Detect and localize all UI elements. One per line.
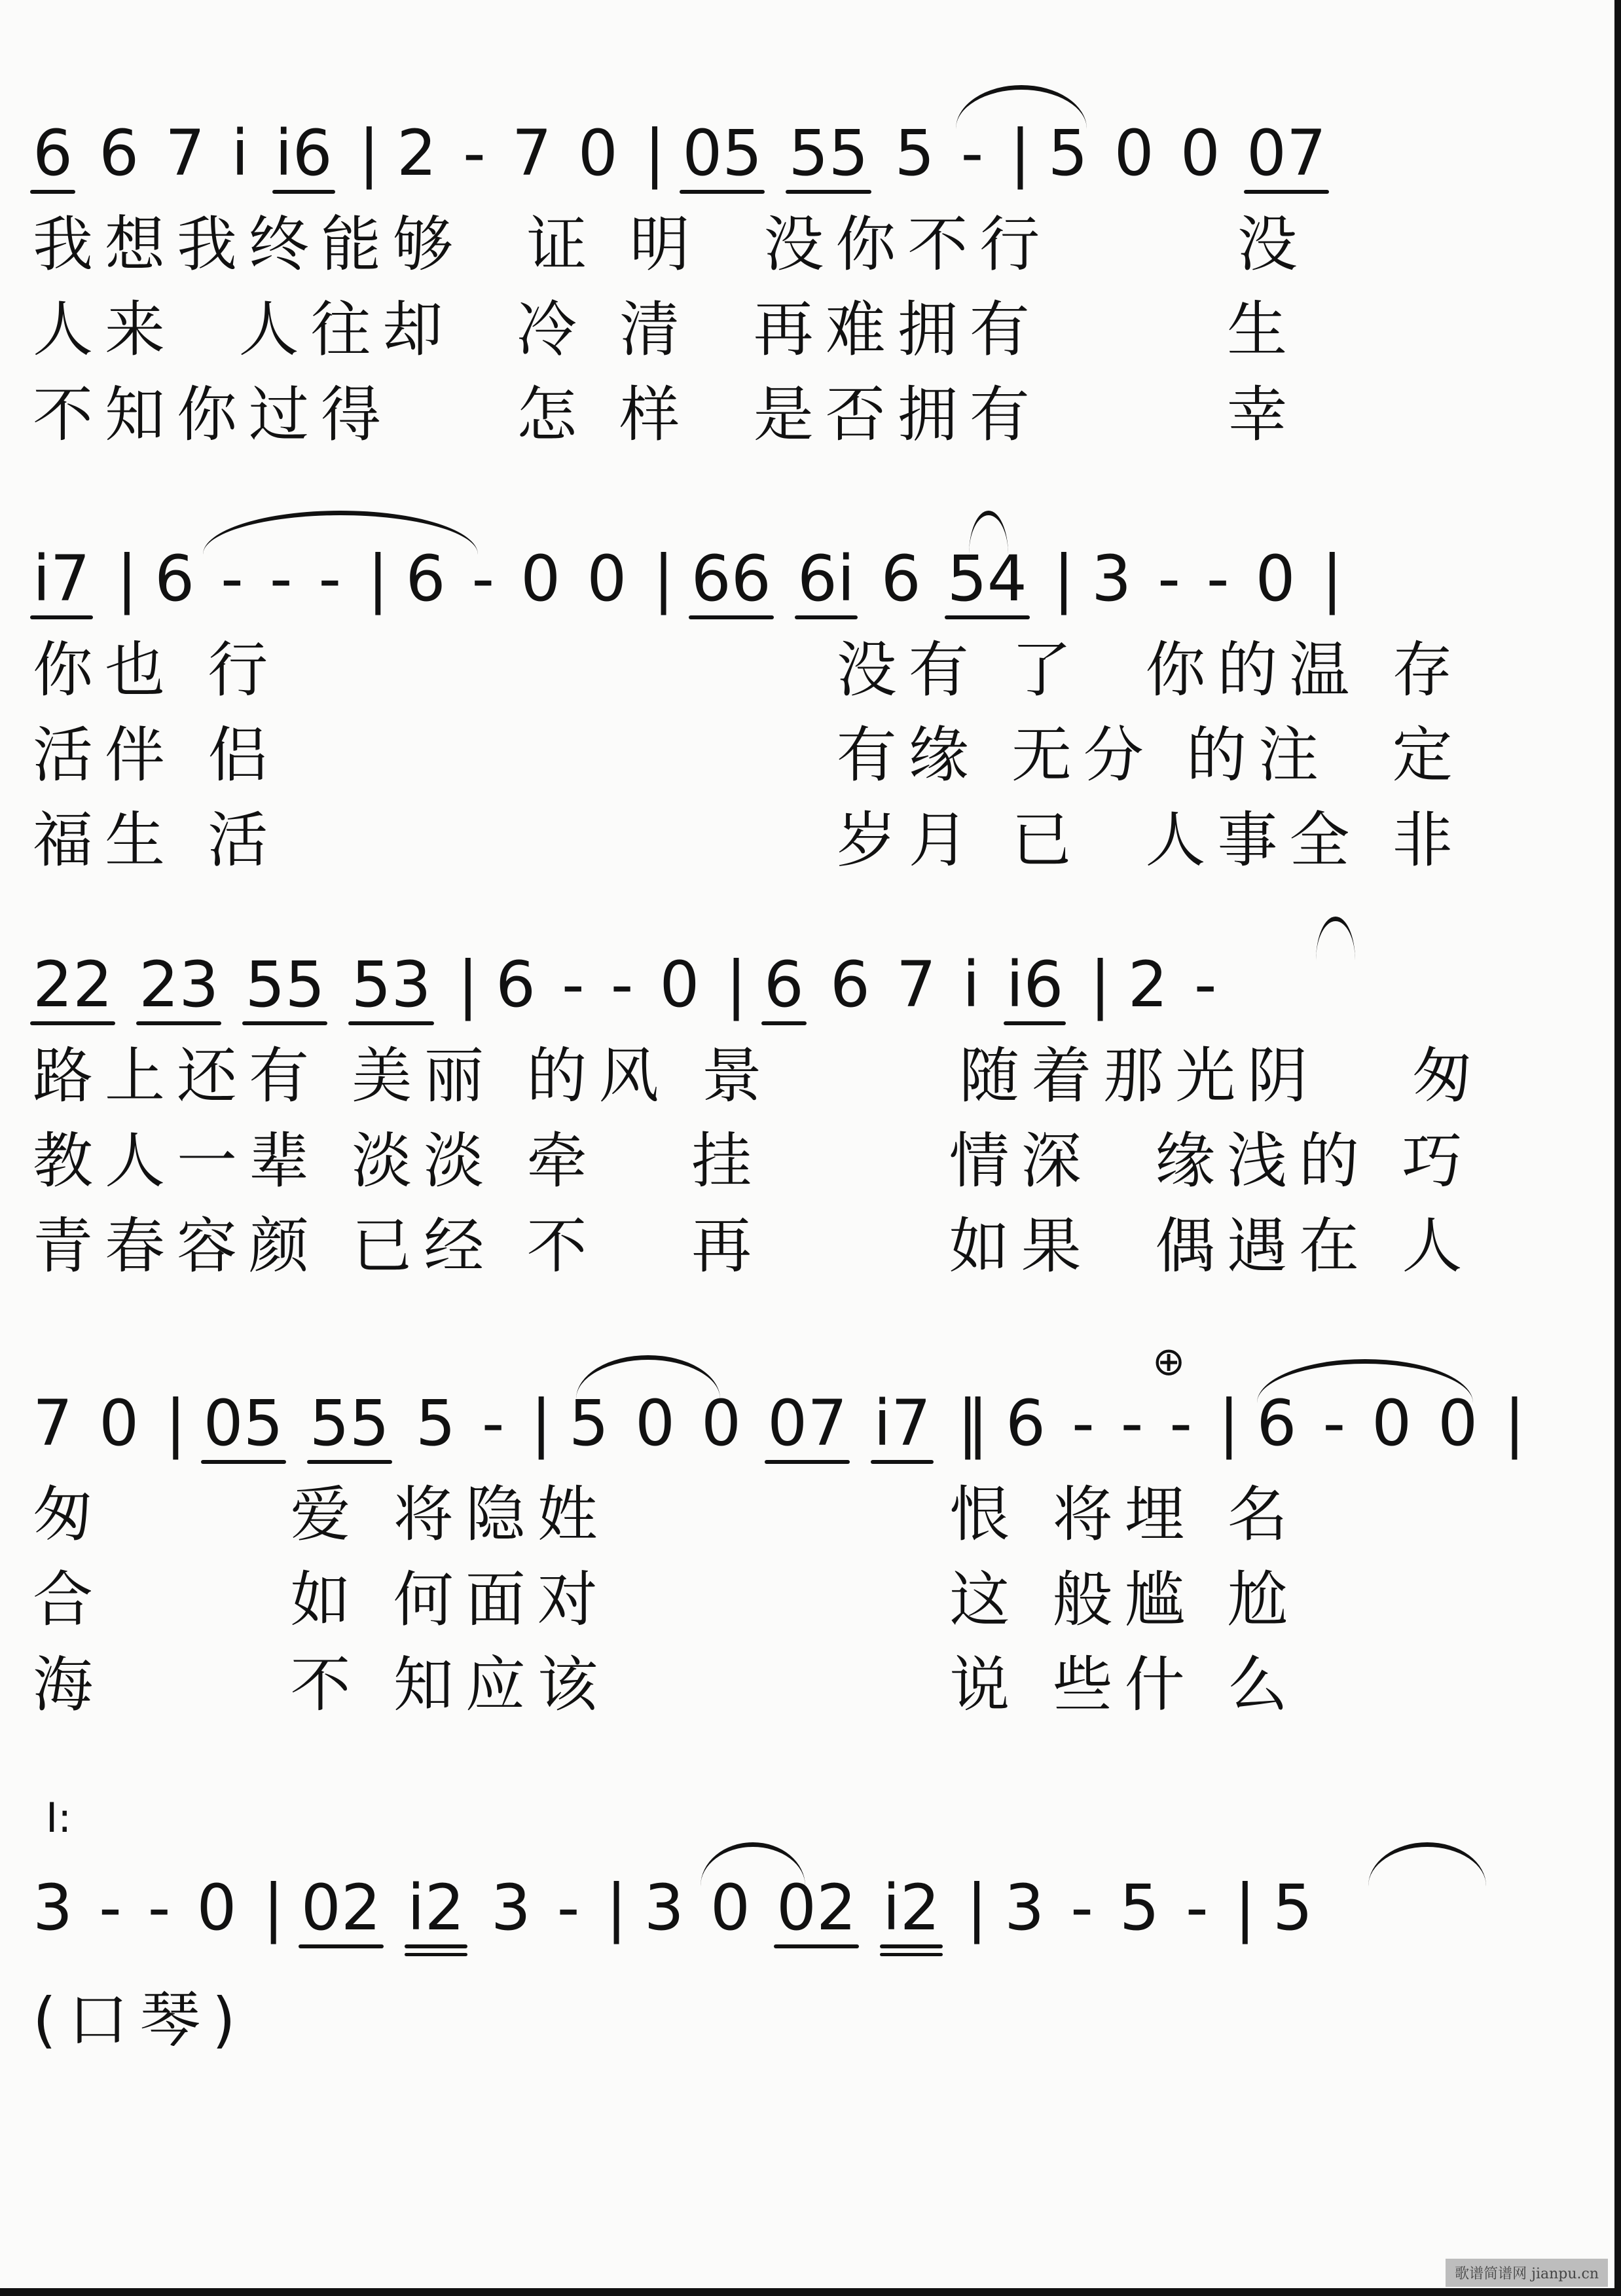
note: 2 bbox=[1128, 953, 1168, 1028]
barline: | bbox=[725, 953, 746, 1028]
dash: - bbox=[463, 122, 486, 196]
note-group: 05 bbox=[682, 122, 762, 196]
note-group: 07 bbox=[1247, 122, 1326, 196]
system-4: ⊕ 7 0 | 05 55 5 - | 5 0 0 07 i7 ‖ 6 - - … bbox=[33, 1362, 1584, 1740]
rest: 0 bbox=[1256, 547, 1296, 622]
note: 6 bbox=[881, 547, 921, 622]
note-group: 02 bbox=[776, 1876, 856, 1951]
rest: 0 bbox=[659, 953, 699, 1028]
note: i bbox=[962, 953, 980, 1028]
note: 6 bbox=[764, 953, 804, 1028]
note-group: 22 bbox=[33, 953, 113, 1028]
note-group: 66 bbox=[691, 547, 771, 622]
note: 7 bbox=[512, 122, 552, 196]
note: 5 bbox=[1273, 1876, 1313, 1951]
barline: | bbox=[1089, 953, 1110, 1028]
note: 5 bbox=[1048, 122, 1088, 196]
system-5-interlude: I: 3 - - 0 | 02 i2 3 - | 3 0 02 i2 | 3 -… bbox=[33, 1794, 1584, 2075]
barline: | bbox=[1053, 547, 1074, 622]
rest: 0 bbox=[710, 1876, 750, 1951]
dash: - bbox=[1322, 1392, 1345, 1467]
dash: - bbox=[472, 547, 495, 622]
note-group: i7 bbox=[873, 1392, 931, 1467]
note: 7 bbox=[896, 953, 936, 1028]
system-1: 6 6 7 i i6 | 2 - 7 0 | 05 55 5 - | 5 0 0… bbox=[33, 92, 1584, 470]
instrument-note: (口琴) bbox=[33, 1990, 1584, 2075]
note: 6 bbox=[155, 547, 194, 622]
note-group: 07 bbox=[767, 1392, 847, 1467]
rest: 0 bbox=[635, 1392, 675, 1467]
lyrics-block: 你也 行 没有 了 你的温 存 活伴 侣 有缘 无分 的注 定 福生 活 岁月 … bbox=[33, 640, 1584, 896]
system-2: i7 | 6 - - - | 6 - 0 0 | 66 6i 6 54 | 3 … bbox=[33, 517, 1584, 896]
note-group: 6i bbox=[797, 547, 855, 622]
lyric-verse-1: 匆 爱 将隐姓 恨 将埋 名 bbox=[33, 1485, 1584, 1570]
barline: | bbox=[1218, 1392, 1239, 1467]
dash: - bbox=[1157, 547, 1180, 622]
note-group: i2 bbox=[407, 1876, 465, 1951]
barline: | bbox=[1010, 122, 1030, 196]
notation-line: i7 | 6 - - - | 6 - 0 0 | 66 6i 6 54 | 3 … bbox=[33, 517, 1584, 622]
lyrics-block: 路上还有 美丽 的风 景 随着那光阴 匆 教人一辈 淡淡 牵 挂 情深 缘浅的 … bbox=[33, 1046, 1584, 1302]
note: 6 bbox=[1256, 1392, 1296, 1467]
interlude-label: I: bbox=[46, 1794, 71, 1842]
dash: - bbox=[1070, 1876, 1093, 1951]
dash: - bbox=[1207, 547, 1229, 622]
note: 6 bbox=[405, 547, 445, 622]
note: 2 bbox=[397, 122, 437, 196]
barline: | bbox=[644, 122, 665, 196]
barline: | bbox=[1504, 1392, 1525, 1467]
barline: | bbox=[606, 1876, 627, 1951]
dash: - bbox=[318, 547, 341, 622]
site-watermark: 歌谱简谱网 jianpu.cn bbox=[1446, 2259, 1608, 2287]
tie-slur bbox=[1368, 1842, 1486, 1886]
note-group: 23 bbox=[139, 953, 219, 1028]
dash: - bbox=[1072, 1392, 1095, 1467]
dash: - bbox=[482, 1392, 505, 1467]
note: 5 bbox=[1120, 1876, 1159, 1951]
lyric-verse-3: 不知你过得 怎 样 是否拥有 幸 bbox=[33, 385, 1584, 470]
note-group: 54 bbox=[947, 547, 1027, 622]
notation-line: 6 6 7 i i6 | 2 - 7 0 | 05 55 5 - | 5 0 0… bbox=[33, 92, 1584, 196]
rest: 0 bbox=[99, 1392, 139, 1467]
note-group: i2 bbox=[883, 1876, 940, 1951]
note-group: 05 bbox=[204, 1392, 283, 1467]
rest: 0 bbox=[578, 122, 618, 196]
barline: | bbox=[359, 122, 380, 196]
double-barline: ‖ bbox=[957, 1392, 989, 1467]
segno-coda-icon: ⊕ bbox=[1152, 1342, 1185, 1381]
lyric-verse-2: 活伴 侣 有缘 无分 的注 定 bbox=[33, 725, 1584, 811]
rest: 0 bbox=[196, 1876, 236, 1951]
note: 6 bbox=[830, 953, 870, 1028]
dash: - bbox=[99, 1876, 122, 1951]
rest: 0 bbox=[1438, 1392, 1478, 1467]
note: 3 bbox=[1004, 1876, 1044, 1951]
barline: | bbox=[165, 1392, 186, 1467]
dash: - bbox=[1194, 953, 1217, 1028]
lyric-verse-1: 我想我终能够 证 明 没你不行 没 bbox=[33, 215, 1584, 300]
rest: 0 bbox=[587, 547, 627, 622]
lyric-verse-3: 海 不 知应该 说 些什 么 bbox=[33, 1655, 1584, 1740]
lyric-verse-2: 教人一辈 淡淡 牵 挂 情深 缘浅的 巧 bbox=[33, 1131, 1584, 1216]
rest: 0 bbox=[1180, 122, 1220, 196]
note-group: 55 bbox=[788, 122, 868, 196]
note: 6 bbox=[33, 122, 73, 196]
lyric-verse-3: 福生 活 岁月 已 人事全 非 bbox=[33, 811, 1584, 896]
barline: | bbox=[966, 1876, 987, 1951]
barline: | bbox=[653, 547, 674, 622]
dash: - bbox=[1121, 1392, 1144, 1467]
note: 3 bbox=[644, 1876, 684, 1951]
note-group: i6 bbox=[1006, 953, 1064, 1028]
lyrics-block: 我想我终能够 证 明 没你不行 没 人来 人往却 冷 清 再难拥有 生 不知你过… bbox=[33, 215, 1584, 470]
notation-line: ⊕ 7 0 | 05 55 5 - | 5 0 0 07 i7 ‖ 6 - - … bbox=[33, 1362, 1584, 1467]
barline: | bbox=[1322, 547, 1343, 622]
barline: | bbox=[458, 953, 479, 1028]
notation-line: 3 - - 0 | 02 i2 3 - | 3 0 02 i2 | 3 - 5 … bbox=[33, 1846, 1584, 1951]
note: 6 bbox=[99, 122, 139, 196]
note: 5 bbox=[416, 1392, 456, 1467]
note-group: i6 bbox=[275, 122, 333, 196]
rest: 0 bbox=[1372, 1392, 1412, 1467]
tie-slur bbox=[1316, 917, 1355, 960]
note: i bbox=[231, 122, 249, 196]
notation-line: 22 23 55 53 | 6 - - 0 | 6 6 7 i i6 | 2 - bbox=[33, 923, 1584, 1028]
dash: - bbox=[148, 1876, 171, 1951]
lyric-verse-2: 合 如 何面对 这 般尴 尬 bbox=[33, 1570, 1584, 1655]
dash: - bbox=[557, 1876, 580, 1951]
scan-edge-bottom bbox=[0, 2288, 1621, 2296]
rest: 0 bbox=[1114, 122, 1154, 196]
dash: - bbox=[221, 547, 244, 622]
dash: - bbox=[1186, 1876, 1209, 1951]
lyrics-block: 匆 爱 将隐姓 恨 将埋 名 合 如 何面对 这 般尴 尬 海 不 知应该 说 … bbox=[33, 1485, 1584, 1740]
system-3: 22 23 55 53 | 6 - - 0 | 6 6 7 i i6 | 2 -… bbox=[33, 923, 1584, 1302]
note: 6 bbox=[496, 953, 536, 1028]
dash: - bbox=[1169, 1392, 1192, 1467]
dash: - bbox=[562, 953, 585, 1028]
note: 6 bbox=[1006, 1392, 1046, 1467]
lyric-verse-1: 你也 行 没有 了 你的温 存 bbox=[33, 640, 1584, 725]
note-group: 02 bbox=[301, 1876, 381, 1951]
note: 7 bbox=[165, 122, 205, 196]
dash: - bbox=[961, 122, 984, 196]
note: 5 bbox=[895, 122, 935, 196]
barline: | bbox=[117, 547, 137, 622]
note: 7 bbox=[33, 1392, 73, 1467]
note-group: 53 bbox=[351, 953, 431, 1028]
barline: | bbox=[1235, 1876, 1256, 1951]
barline: | bbox=[367, 547, 388, 622]
barline: | bbox=[531, 1392, 552, 1467]
dash: - bbox=[270, 547, 293, 622]
scan-edge-right bbox=[1614, 0, 1621, 2296]
note: 5 bbox=[569, 1392, 609, 1467]
note-group: 55 bbox=[245, 953, 325, 1028]
note: 3 bbox=[1091, 547, 1131, 622]
rest: 0 bbox=[701, 1392, 741, 1467]
dash: - bbox=[611, 953, 634, 1028]
lyric-verse-3: 青春容颜 已经 不 再 如果 偶遇在 人 bbox=[33, 1216, 1584, 1302]
note-group: 55 bbox=[310, 1392, 390, 1467]
lyric-verse-1: 路上还有 美丽 的风 景 随着那光阴 匆 bbox=[33, 1046, 1584, 1131]
note: 3 bbox=[491, 1876, 531, 1951]
barline: | bbox=[263, 1876, 283, 1951]
note: 3 bbox=[33, 1876, 73, 1951]
note-group: i7 bbox=[33, 547, 90, 622]
lyric-verse-2: 人来 人往却 冷 清 再难拥有 生 bbox=[33, 300, 1584, 385]
rest: 0 bbox=[520, 547, 560, 622]
